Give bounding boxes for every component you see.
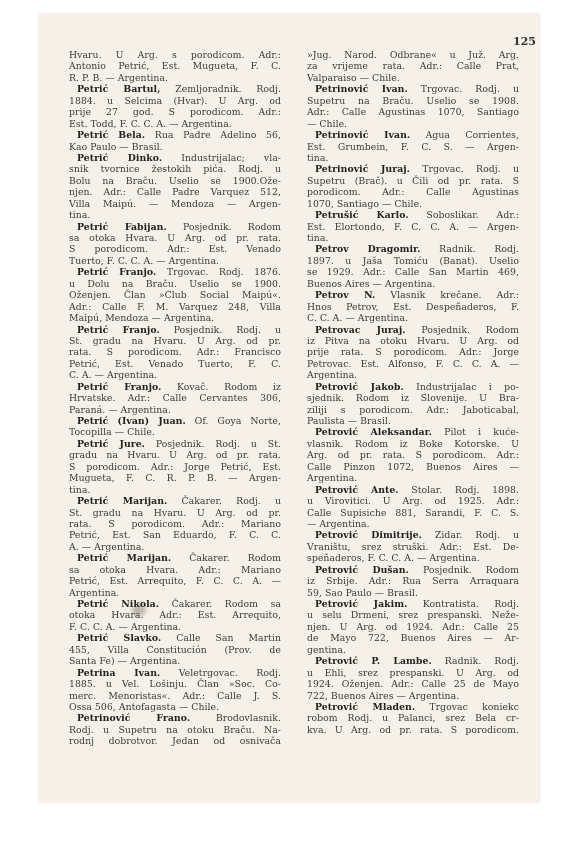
text-line: rodnj dobrotvor. Jedan od osnivača (69, 736, 281, 747)
line-text: tina. (69, 485, 90, 496)
entry-name: Petrina Ivan. (77, 668, 160, 679)
line-text: Argentina. (307, 370, 357, 381)
line-text: rata. S porodicom. Adr.: Mariano (69, 519, 281, 530)
line-text: Paraná. — Argentina. (69, 405, 171, 416)
entry-name: Petrić Dinko. (77, 153, 162, 164)
entry-name: Petrović Dimitrije. (315, 530, 422, 541)
line-text: njen. Adr.: Calle Padre Varquez 512, (69, 187, 281, 198)
line-text: Tocopilla — Chile. (69, 427, 155, 438)
line-text: Kovač. Rodom iz (161, 382, 281, 393)
entry-name: Petrović Mladen. (315, 702, 415, 713)
right-column: »Jug. Narod. Odbrane« u Juž. Arg.za vrij… (307, 50, 519, 736)
text-line: Paraná. — Argentina. (69, 405, 281, 416)
line-text: Posjednik. Rodom (409, 565, 519, 576)
line-text: Calle Supisiche 881, Sarandi, F. C. S. (307, 508, 519, 519)
text-line: Hnos Petrov, Est. Despeñaderos, F. (307, 302, 519, 313)
line-text: Industrijalac i po- (404, 382, 519, 393)
text-line: Est. Grumbein, F. C. S. — Argen- (307, 142, 519, 153)
line-text: gentina. (307, 645, 346, 656)
line-text: Kontratista. Rodj. (407, 599, 519, 610)
text-line: rata. S porodicom. Adr.: Francisco (69, 347, 281, 358)
entry-first-line: Petrović Dimitrije. Zidar. Rodj. u (307, 530, 519, 541)
entry-name: Petrić Slavko. (77, 633, 161, 644)
line-text: »Jug. Narod. Odbrane« u Juž. Arg. (307, 50, 519, 61)
line-text: Čakarer. Rodj. u (167, 496, 281, 507)
entry-name: Petrinović Ivan. (315, 84, 408, 95)
text-line: 1070, Santiago — Chile. (307, 199, 519, 210)
text-line: Arg. od pr. rata. S porodicom. Adr.: (307, 450, 519, 461)
text-line: vlasnik. Rodom iz Boke Kotorske. U (307, 439, 519, 450)
text-line: F. C. C. A. — Argentina. (69, 622, 281, 633)
text-line: 722, Buenos Aires — Argentina. (307, 691, 519, 702)
text-line: St. gradu na Hvaru. U Arg. od pr. (69, 336, 281, 347)
text-line: kva. U Arg. od pr. rata. S porodicom. (307, 725, 519, 736)
line-text: R. P. B. — Argentina. (69, 73, 168, 84)
line-text: Agua Corrientes, (410, 130, 519, 141)
line-text: Trgovac. Rodj. u (410, 164, 519, 175)
line-text: Paulista — Brasil. (307, 416, 391, 427)
entry-first-line: Petrić Jure. Posjednik. Rodj. u St. (69, 439, 281, 450)
entry-first-line: Petrović Aleksandar. Pilot i kuće- (307, 427, 519, 438)
entry-first-line: Petrić (Ivan) Juan. Of. Goya Norte, (69, 416, 281, 427)
line-text: Supetru na Braču. Uselio se 1908. (307, 96, 519, 107)
left-column: Hvaru. U Arg. s porodicom. Adr.:Antonio … (69, 50, 281, 748)
text-line: Kao Paulo — Brasil. (69, 142, 281, 153)
line-text: u Virovitici. U Arg. od 1925. Adr.: (307, 496, 519, 507)
entry-first-line: Petrić Fabijan. Posjednik. Rodom (69, 222, 281, 233)
text-line: 1924. Oženjen. Adr.: Calle 25 de Mayo (307, 679, 519, 690)
text-line: se 1929. Adr.: Calle San Martin 469, (307, 267, 519, 278)
text-line: u selu Drmeni, srez prespanski. Neže- (307, 610, 519, 621)
line-text: Soboslikar. Adr.: (409, 210, 519, 221)
entry-first-line: Petrov N. Vlasnik krečane. Adr.: (307, 290, 519, 301)
line-text: Posjednik. Rodom (406, 325, 519, 336)
text-line: Paulista — Brasil. (307, 416, 519, 427)
entry-first-line: Petrović Jakim. Kontratista. Rodj. (307, 599, 519, 610)
entry-first-line: Petrinović Juraj. Trgovac. Rodj. u (307, 164, 519, 175)
line-text: iz Pitva na otoku Hvaru. U Arg. od (307, 336, 519, 347)
line-text: 1884. u Selcima (Hvar). U Arg. od (69, 96, 281, 107)
line-text: tina. (307, 233, 328, 244)
text-line: »Jug. Narod. Odbrane« u Juž. Arg. (307, 50, 519, 61)
line-text: tina. (307, 153, 328, 164)
entry-name: Petrovac Juraj. (315, 325, 406, 336)
entry-first-line: Petrinović Ivan. Trgovac. Rodj. u (307, 84, 519, 95)
line-text: Veletrgovac. Rodj. (160, 668, 281, 679)
entry-name: Petrinović Juraj. (315, 164, 410, 175)
text-line: prije 27 god. S porodicom. Adr.: (69, 107, 281, 118)
text-line: S porodicom. Adr.: Est. Venado (69, 244, 281, 255)
entry-first-line: Petrović Ante. Stolar. Rodj. 1898. (307, 485, 519, 496)
entry-name: Petrinović Frano. (77, 713, 190, 724)
entry-name: Petrić Franjo. (77, 325, 160, 336)
text-line: u Dolu na Braču. Uselio se 1900. (69, 279, 281, 290)
line-text: otoka Hvara. Adr.: Est. Arrequito, (69, 610, 281, 621)
line-text: C. C. A. — Argentina. (307, 313, 408, 324)
line-text: u Dolu na Braču. Uselio se 1900. (69, 279, 281, 290)
entry-name: Petrić Bela. (77, 130, 145, 141)
entry-name: Petrinović Ivan. (315, 130, 410, 141)
text-line: Santa Fe) — Argentina. (69, 656, 281, 667)
line-text: Bolu na Braču. Uselio se 1900.Ože- (69, 176, 281, 187)
text-line: tina. (69, 210, 281, 221)
line-text: Kao Paulo — Brasil. (69, 142, 163, 153)
line-text: Brodovlasnik. (190, 713, 281, 724)
line-text: Of. Goya Norte, (186, 416, 281, 427)
line-text: Trgovac. Rodj. 1876. (156, 267, 281, 278)
text-line: otoka Hvara. Adr.: Est. Arrequito, (69, 610, 281, 621)
line-text: Santa Fe) — Argentina. (69, 656, 180, 667)
entry-name: Petrović P. Lambe. (315, 656, 432, 667)
text-line: iz Pitva na otoku Hvaru. U Arg. od (307, 336, 519, 347)
entry-name: Petrić Franjo. (77, 382, 161, 393)
text-line: Mugueta, F. C. R. P. B. — Argen- (69, 473, 281, 484)
entry-name: Petrušić Karlo. (315, 210, 409, 221)
line-text: Trgovac. Rodj. u (408, 84, 519, 95)
line-text: Est. Elortondo, F. C. C. A. — Argen- (307, 222, 519, 233)
entry-name: Petrić Fabijan. (77, 222, 167, 233)
entry-name: Petrović Aleksandar. (315, 427, 432, 438)
line-text: — Chile. (307, 119, 347, 130)
text-line: de Mayo 722, Buenos Aires — Ar- (307, 633, 519, 644)
line-text: se 1929. Adr.: Calle San Martin 469, (307, 267, 519, 278)
entry-first-line: Petrina Ivan. Veletrgovac. Rodj. (69, 668, 281, 679)
entry-first-line: Petrić Franjo. Posjednik. Rodj. u (69, 325, 281, 336)
line-text: Petrovac. Est. Alfonso, F. C. C. A. — (307, 359, 519, 370)
line-text: Adr.: Calle F. M. Varquez 248, Villa (69, 302, 281, 313)
entry-name: Petrović Ante. (315, 485, 399, 496)
text-line: Ossa 506, Antofagasta — Chile. (69, 702, 281, 713)
line-text: Valparaiso — Chile. (307, 73, 400, 84)
text-line: — Chile. (307, 119, 519, 130)
text-line: za vrijeme rata. Adr.: Calle Prat, (307, 61, 519, 72)
line-text: tina. (69, 210, 90, 221)
line-text: prije 27 god. S porodicom. Adr.: (69, 107, 281, 118)
text-line: porodicom. Adr.: Calle Agustinas (307, 187, 519, 198)
line-text: Rua Padre Adelino 56, (145, 130, 281, 141)
text-line: rata. S porodicom. Adr.: Mariano (69, 519, 281, 530)
line-text: Stolar. Rodj. 1898. (399, 485, 519, 496)
line-text: S porodicom. Adr.: Est. Venado (69, 244, 281, 255)
text-line: Adr.: Calle F. M. Varquez 248, Villa (69, 302, 281, 313)
line-text: Radnik. Rodj. (420, 244, 519, 255)
line-text: 455, Villa Constitución (Prov. de (69, 645, 281, 656)
text-line: 1897. u Jaša Tomiću (Banat). Uselio (307, 256, 519, 267)
text-line: Est. Elortondo, F. C. C. A. — Argen- (307, 222, 519, 233)
entry-first-line: Petrinović Frano. Brodovlasnik. (69, 713, 281, 724)
text-line: 1885. u Vel. Lošinju. Član »Soc. Co- (69, 679, 281, 690)
entry-first-line: Petrić Franjo. Kovač. Rodom iz (69, 382, 281, 393)
text-line: Est. Todd, F. C. C. A. — Argentina. (69, 119, 281, 130)
line-text: Zemljoradnik. Rodj. (160, 84, 281, 95)
line-text: 1885. u Vel. Lošinju. Član »Soc. Co- (69, 679, 281, 690)
line-text: ziliji s porodicom. Adr.: Jaboticabal, (307, 405, 519, 416)
line-text: Posjednik. Rodj. u St. (145, 439, 281, 450)
entry-first-line: Petrović P. Lambe. Radnik. Rodj. (307, 656, 519, 667)
line-text: speñaderos, F. C. C. A. — Argentina. (307, 553, 480, 564)
line-text: Čakarer. Rodom (171, 553, 281, 564)
line-text: u Ehli, srez prespanski. U Arg. od (307, 668, 519, 679)
line-text: Posjednik. Rodom (167, 222, 281, 233)
line-text: za vrijeme rata. Adr.: Calle Prat, (307, 61, 519, 72)
line-text: Industrijalac; vla- (162, 153, 281, 164)
text-line: gradu na Hvaru. U Arg. od pr. rata. (69, 450, 281, 461)
line-text: rata. S porodicom. Adr.: Francisco (69, 347, 281, 358)
line-text: — Argentina. (307, 519, 370, 530)
line-text: Antonio Petrić, Est. Mugueta, F. C. (69, 61, 281, 72)
line-text: iz Srbije. Adr.: Rua Serra Arraquara (307, 576, 519, 587)
text-line: Antonio Petrić, Est. Mugueta, F. C. (69, 61, 281, 72)
text-line: gentina. (307, 645, 519, 656)
line-text: Buenos Aires — Argentina. (307, 279, 435, 290)
line-text: F. C. C. A. — Argentina. (69, 622, 181, 633)
text-line: S porodicom. Adr.: Jorge Petrić, Est. (69, 462, 281, 473)
text-line: Maipú, Mendoza — Argentina. (69, 313, 281, 324)
text-line: njen. Adr.: Calle Padre Varquez 512, (69, 187, 281, 198)
line-text: Petrić, Est. Arrequito, F. C. C. A. — (69, 576, 281, 587)
entry-name: Petrov N. (315, 290, 375, 301)
text-line: ziliji s porodicom. Adr.: Jaboticabal, (307, 405, 519, 416)
entry-first-line: Petrić Dinko. Industrijalac; vla- (69, 153, 281, 164)
line-text: Radnik. Rodj. (432, 656, 519, 667)
text-line: njen. U Arg. od 1924. Adr.: Calle 25 (307, 622, 519, 633)
text-line: Buenos Aires — Argentina. (307, 279, 519, 290)
text-line: u Ehli, srez prespanski. U Arg. od (307, 668, 519, 679)
text-line: 455, Villa Constitución (Prov. de (69, 645, 281, 656)
line-text: Zidar. Rodj. u (422, 530, 519, 541)
line-text: sjednik. Rodom iz Slovenije. U Bra- (307, 393, 519, 404)
line-text: prije rata. S porodicom. Adr.: Jorge (307, 347, 519, 358)
line-text: Petrić, Est. Venado Tuerto, F. C. (69, 359, 281, 370)
line-text: de Mayo 722, Buenos Aires — Ar- (307, 633, 519, 644)
text-line: Petrić, Est. Arrequito, F. C. C. A. — (69, 576, 281, 587)
line-text: C. A. — Argentina. (69, 370, 157, 381)
line-text: sa otoka Hvara. Adr.: Mariano (69, 565, 281, 576)
text-line: Hvaru. U Arg. s porodicom. Adr.: (69, 50, 281, 61)
line-text: 1924. Oženjen. Adr.: Calle 25 de Mayo (307, 679, 519, 690)
entry-first-line: Petrić Franjo. Trgovac. Rodj. 1876. (69, 267, 281, 278)
line-text: 59, Sao Paulo — Brasil. (307, 588, 418, 599)
line-text: 1897. u Jaša Tomiću (Banat). Uselio (307, 256, 519, 267)
text-line: — Argentina. (307, 519, 519, 530)
line-text: Villa Maipú. — Mendoza — Argen- (69, 199, 281, 210)
line-text: vlasnik. Rodom iz Boke Kotorske. U (307, 439, 519, 450)
entry-first-line: Petrić Bartul, Zemljoradnik. Rodj. (69, 84, 281, 95)
line-text: S porodicom. Adr.: Jorge Petrić, Est. (69, 462, 281, 473)
text-line: Supetru na Braču. Uselio se 1908. (307, 96, 519, 107)
line-text: Mugueta, F. C. R. P. B. — Argen- (69, 473, 281, 484)
entry-first-line: Petrić Bela. Rua Padre Adelino 56, (69, 130, 281, 141)
text-line: Petrovac. Est. Alfonso, F. C. C. A. — (307, 359, 519, 370)
line-text: Hnos Petrov, Est. Despeñaderos, F. (307, 302, 519, 313)
line-text: porodicom. Adr.: Calle Agustinas (307, 187, 519, 198)
text-line: robom Rodj. u Palanci, srez Bela cr- (307, 713, 519, 724)
line-text: Trgovac koniekc (415, 702, 519, 713)
entry-first-line: Petrović Dušan. Posjednik. Rodom (307, 565, 519, 576)
entry-name: Petrić (Ivan) Juan. (77, 416, 186, 427)
text-line: sa otoka Hvara. U Arg. od pr. rata. (69, 233, 281, 244)
entry-name: Petrić Marijan. (77, 553, 171, 564)
line-text: njen. U Arg. od 1924. Adr.: Calle 25 (307, 622, 519, 633)
entry-name: Petrić Marijan. (77, 496, 167, 507)
text-line: Hrvatske. Adr.: Calle Cervantes 306, (69, 393, 281, 404)
text-line: Rodj. u Supetru na otoku Braču. Na- (69, 725, 281, 736)
line-text: Petrić, Est. San Eduardo, F. C. C. (69, 530, 281, 541)
entry-name: Petrov Dragomir. (315, 244, 420, 255)
entry-first-line: Petrušić Karlo. Soboslikar. Adr.: (307, 210, 519, 221)
text-line: iz Srbije. Adr.: Rua Serra Arraquara (307, 576, 519, 587)
text-line: Petrić, Est. San Eduardo, F. C. C. (69, 530, 281, 541)
text-line: Supetru (Brač). u Čili od pr. rata. S (307, 176, 519, 187)
text-line: Calle Supisiche 881, Sarandi, F. C. S. (307, 508, 519, 519)
line-text: Rodj. u Supetru na otoku Braču. Na- (69, 725, 281, 736)
text-line: speñaderos, F. C. C. A. — Argentina. (307, 553, 519, 564)
text-line: Calle Pinzon 1072, Buenos Aires — (307, 462, 519, 473)
text-line: Tocopilla — Chile. (69, 427, 281, 438)
line-text: Vraništu, srez struški. Adr.: Est. De- (307, 542, 519, 553)
entry-first-line: Petrović Mladen. Trgovac koniekc (307, 702, 519, 713)
line-text: Vlasnik krečane. Adr.: (375, 290, 519, 301)
line-text: Arg. od pr. rata. S porodicom. Adr.: (307, 450, 519, 461)
line-text: Est. Grumbein, F. C. S. — Argen- (307, 142, 519, 153)
text-line: Villa Maipú. — Mendoza — Argen- (69, 199, 281, 210)
entry-name: Petrović Dušan. (315, 565, 409, 576)
line-text: snik tvornice žestokih pića. Rodj. u (69, 164, 281, 175)
text-line: sjednik. Rodom iz Slovenije. U Bra- (307, 393, 519, 404)
text-line: 59, Sao Paulo — Brasil. (307, 588, 519, 599)
entry-first-line: Petrov Dragomir. Radnik. Rodj. (307, 244, 519, 255)
text-line: Bolu na Braču. Uselio se 1900.Ože- (69, 176, 281, 187)
entry-name: Petrić Jure. (77, 439, 145, 450)
entry-name: Petrić Bartul, (77, 84, 160, 95)
text-line: R. P. B. — Argentina. (69, 73, 281, 84)
ink-smudge (132, 604, 146, 616)
text-line: St. gradu na Hvaru. U Arg. od pr. (69, 508, 281, 519)
text-line: Argentina. (307, 473, 519, 484)
page-number: 125 (513, 35, 536, 48)
entry-first-line: Petrić Marijan. Čakarer. Rodj. u (69, 496, 281, 507)
text-line: Valparaiso — Chile. (307, 73, 519, 84)
text-line: snik tvornice žestokih pića. Rodj. u (69, 164, 281, 175)
line-text: Ossa 506, Antofagasta — Chile. (69, 702, 219, 713)
text-line: prije rata. S porodicom. Adr.: Jorge (307, 347, 519, 358)
line-text: Supetru (Brač). u Čili od pr. rata. S (307, 176, 519, 187)
entry-first-line: Petrić Marijan. Čakarer. Rodom (69, 553, 281, 564)
text-line: Tuerto, F. C. C. A. — Argentina. (69, 256, 281, 267)
line-text: Argentina. (69, 588, 119, 599)
text-line: C. C. A. — Argentina. (307, 313, 519, 324)
line-text: Est. Todd, F. C. C. A. — Argentina. (69, 119, 232, 130)
text-line: Oženjen. Član »Club Social Maipú«. (69, 290, 281, 301)
text-line: Vraništu, srez struški. Adr.: Est. De- (307, 542, 519, 553)
entry-name: Petrić Nikola. (77, 599, 159, 610)
text-line: Petrić, Est. Venado Tuerto, F. C. (69, 359, 281, 370)
text-line: sa otoka Hvara. Adr.: Mariano (69, 565, 281, 576)
entry-first-line: Petrinović Ivan. Agua Corrientes, (307, 130, 519, 141)
line-text: Pilot i kuće- (432, 427, 519, 438)
text-line: Adr.: Calle Agustinas 1070, Santiago (307, 107, 519, 118)
text-line: tina. (307, 153, 519, 164)
line-text: Argentina. (307, 473, 357, 484)
line-text: Hrvatske. Adr.: Calle Cervantes 306, (69, 393, 281, 404)
line-text: Adr.: Calle Agustinas 1070, Santiago (307, 107, 519, 118)
text-line: A. — Argentina. (69, 542, 281, 553)
text-line: Argentina. (307, 370, 519, 381)
line-text: Maipú, Mendoza — Argentina. (69, 313, 214, 324)
text-line: u Virovitici. U Arg. od 1925. Adr.: (307, 496, 519, 507)
line-text: Posjednik. Rodj. u (160, 325, 281, 336)
text-line: tina. (307, 233, 519, 244)
line-text: kva. U Arg. od pr. rata. S porodicom. (307, 725, 519, 736)
line-text: Čakarer. Rodom sa (159, 599, 281, 610)
line-text: St. gradu na Hvaru. U Arg. od pr. (69, 508, 281, 519)
line-text: u selu Drmeni, srez prespanski. Neže- (307, 610, 519, 621)
text-line: 1884. u Selcima (Hvar). U Arg. od (69, 96, 281, 107)
text-line: C. A. — Argentina. (69, 370, 281, 381)
line-text: merc. Menoristas«. Adr.: Calle J. S. (69, 691, 281, 702)
entry-first-line: Petrić Slavko. Calle San Martin (69, 633, 281, 644)
text-line: merc. Menoristas«. Adr.: Calle J. S. (69, 691, 281, 702)
line-text: 1070, Santiago — Chile. (307, 199, 422, 210)
entry-name: Petrić Franjo. (77, 267, 156, 278)
line-text: Tuerto, F. C. C. A. — Argentina. (69, 256, 219, 267)
entry-first-line: Petrić Nikola. Čakarer. Rodom sa (69, 599, 281, 610)
line-text: A. — Argentina. (69, 542, 144, 553)
line-text: sa otoka Hvara. U Arg. od pr. rata. (69, 233, 281, 244)
line-text: gradu na Hvaru. U Arg. od pr. rata. (69, 450, 281, 461)
line-text: rodnj dobrotvor. Jedan od osnivača (69, 736, 281, 747)
entry-name: Petrović Jakob. (315, 382, 404, 393)
line-text: robom Rodj. u Palanci, srez Bela cr- (307, 713, 519, 724)
line-text: Calle San Martin (161, 633, 281, 644)
text-line: Argentina. (69, 588, 281, 599)
entry-first-line: Petrovac Juraj. Posjednik. Rodom (307, 325, 519, 336)
line-text: Calle Pinzon 1072, Buenos Aires — (307, 462, 519, 473)
entry-first-line: Petrović Jakob. Industrijalac i po- (307, 382, 519, 393)
line-text: Hvaru. U Arg. s porodicom. Adr.: (69, 50, 281, 61)
text-line: tina. (69, 485, 281, 496)
entry-name: Petrović Jakim. (315, 599, 407, 610)
line-text: St. gradu na Hvaru. U Arg. od pr. (69, 336, 281, 347)
line-text: Oženjen. Član »Club Social Maipú«. (69, 290, 281, 301)
line-text: 722, Buenos Aires — Argentina. (307, 691, 459, 702)
